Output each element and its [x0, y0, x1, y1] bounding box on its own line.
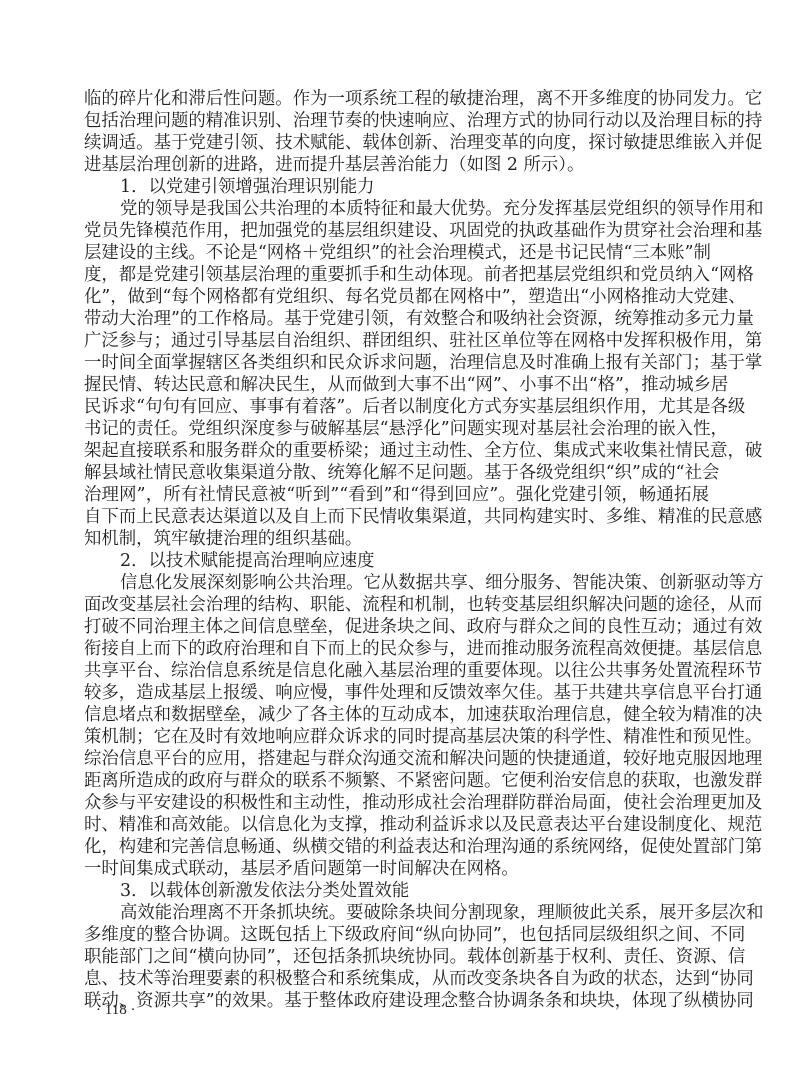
text-line: 治理网”，所有社情民意被“听到”“看到”和“得到回应”。强化党建引领，畅通拓展 [84, 484, 709, 506]
text-line: 化，构建和完善信息畅通、纵横交错的利益表达和治理沟通的系统网络，促使处置部门第 [84, 836, 709, 858]
text-line: 息、技术等治理要素的积极整合和系统集成，从而改变条块各自为政的状态，达到“协同 [84, 968, 709, 990]
text-line: 进基层治理创新的进路，进而提升基层善治能力（如图 2 所示）。 [84, 154, 709, 176]
text-line: 架起直接联系和服务群众的重要桥梁；通过主动性、全方位、集成式来收集社情民意，破 [84, 440, 709, 462]
text-line: 民诉求“句句有回应、事事有着落”。后者以制度化方式夯实基层组织作用，尤其是各级 [84, 396, 709, 418]
text-line: 层建设的主线。不论是“网格＋党组织”的社会治理模式，还是书记民情“三本账”制 [84, 242, 709, 264]
text-line: 距离所造成的政府与群众的联系不频繁、不紧密问题。它便利治安信息的获取，也激发群 [84, 770, 709, 792]
section-heading-3: 3．以载体创新激发依法分类处置效能 [84, 880, 709, 902]
section-heading-1: 1．以党建引领增强治理识别能力 [84, 176, 709, 198]
text-line: 自下而上民意表达渠道以及自上而下民情收集渠道，共同构建实时、多维、精准的民意感 [84, 506, 709, 528]
text-line: 联动、资源共享”的效果。基于整体政府建设理念整合协调条条和块块，体现了纵横协同 [84, 990, 709, 1012]
paragraph-start: 信息化发展深刻影响公共治理。它从数据共享、细分服务、智能决策、创新驱动等方 [84, 572, 709, 594]
text-line: 综治信息平台的应用，搭建起与群众沟通交流和解决问题的快捷通道，较好地克服因地理 [84, 748, 709, 770]
text-line: 共享平台、综治信息系统是信息化融入基层治理的重要体现。以往公共事务处置流程环节 [84, 660, 709, 682]
text-line: 打破不同治理主体之间信息壁垒，促进条块之间、政府与群众之间的良性互动；通过有效 [84, 616, 709, 638]
text-line: 信息堵点和数据壁垒，减少了各主体的互动成本，加速获取治理信息，健全较为精准的决 [84, 704, 709, 726]
text-line: 党员先锋模范作用，把加强党的基层组织建设、巩固党的执政基础作为贯穿社会治理和基 [84, 220, 709, 242]
text-line: 多维度的整合协调。这既包括上下级政府间“纵向协同”，也包括同层级组织之间、不同 [84, 924, 709, 946]
text-line: 衔接自上而下的政府治理和自下而上的民众参与，进而推动服务流程高效便捷。基层信息 [84, 638, 709, 660]
paragraph-start: 高效能治理离不开条抓块统。要破除条块间分割现象，理顺彼此关系，展开多层次和 [84, 902, 709, 924]
text-line: 一时间集成式联动，基层矛盾问题第一时间解决在网格。 [84, 858, 709, 880]
paragraph-start: 党的领导是我国公共治理的本质特征和最大优势。充分发挥基层党组织的领导作用和 [84, 198, 709, 220]
text-line: 解县域社情民意收集渠道分散、统筹化解不足问题。基于各级党组织“织”成的“社会 [84, 462, 709, 484]
text-line: 续调适。基于党建引领、技术赋能、载体创新、治理变革的向度，探讨敏捷思维嵌入并促 [84, 132, 709, 154]
text-line: 带动大治理”的工作格局。基于党建引领，有效整合和吸纳社会资源，统筹推动多元力量 [84, 308, 709, 330]
text-line: 书记的责任。党组织深度参与破解基层“悬浮化”问题实现对基层社会治理的嵌入性， [84, 418, 709, 440]
text-line: 众参与平安建设的积极性和主动性，推动形成社会治理群防群治局面，使社会治理更加及 [84, 792, 709, 814]
page-number: · 118 · [96, 1000, 135, 1020]
text-line: 握民情、转达民意和解决民生，从而做到大事不出“网”、小事不出“格”，推动城乡居 [84, 374, 709, 396]
section-heading-2: 2．以技术赋能提高治理响应速度 [84, 550, 709, 572]
text-line: 较多，造成基层上报缓、响应慢，事件处理和反馈效率欠佳。基于共建共享信息平台打通 [84, 682, 709, 704]
text-line: 职能部门之间“横向协同”，还包括条抓块统协同。载体创新基于权利、责任、资源、信 [84, 946, 709, 968]
text-line: 化”，做到“每个网格都有党组织、每名党员都在网格中”，塑造出“小网格推动大党建、 [84, 286, 709, 308]
text-line: 面改变基层社会治理的结构、职能、流程和机制，也转变基层组织解决问题的途径，从而 [84, 594, 709, 616]
text-line: 度，都是党建引领基层治理的重要抓手和生动体现。前者把基层党组织和党员纳入“网格 [84, 264, 709, 286]
text-line: 包括治理问题的精准识别、治理节奏的快速响应、治理方式的协同行动以及治理目标的持 [84, 110, 709, 132]
page-body: 临的碎片化和滞后性问题。作为一项系统工程的敏捷治理，离不开多维度的协同发力。它 … [84, 88, 709, 1012]
text-line: 广泛参与；通过引导基层自治组织、群团组织、驻社区单位等在网格中发挥积极作用，第 [84, 330, 709, 352]
text-line: 知机制，筑牢敏捷治理的组织基础。 [84, 528, 709, 550]
text-line: 时、精准和高效能。以信息化为支撑，推动利益诉求以及民意表达平台建设制度化、规范 [84, 814, 709, 836]
text-line: 一时间全面掌握辖区各类组织和民众诉求问题，治理信息及时准确上报有关部门；基于掌 [84, 352, 709, 374]
text-line: 临的碎片化和滞后性问题。作为一项系统工程的敏捷治理，离不开多维度的协同发力。它 [84, 88, 709, 110]
text-line: 策机制；它在及时有效地响应群众诉求的同时提高基层决策的科学性、精准性和预见性。 [84, 726, 709, 748]
